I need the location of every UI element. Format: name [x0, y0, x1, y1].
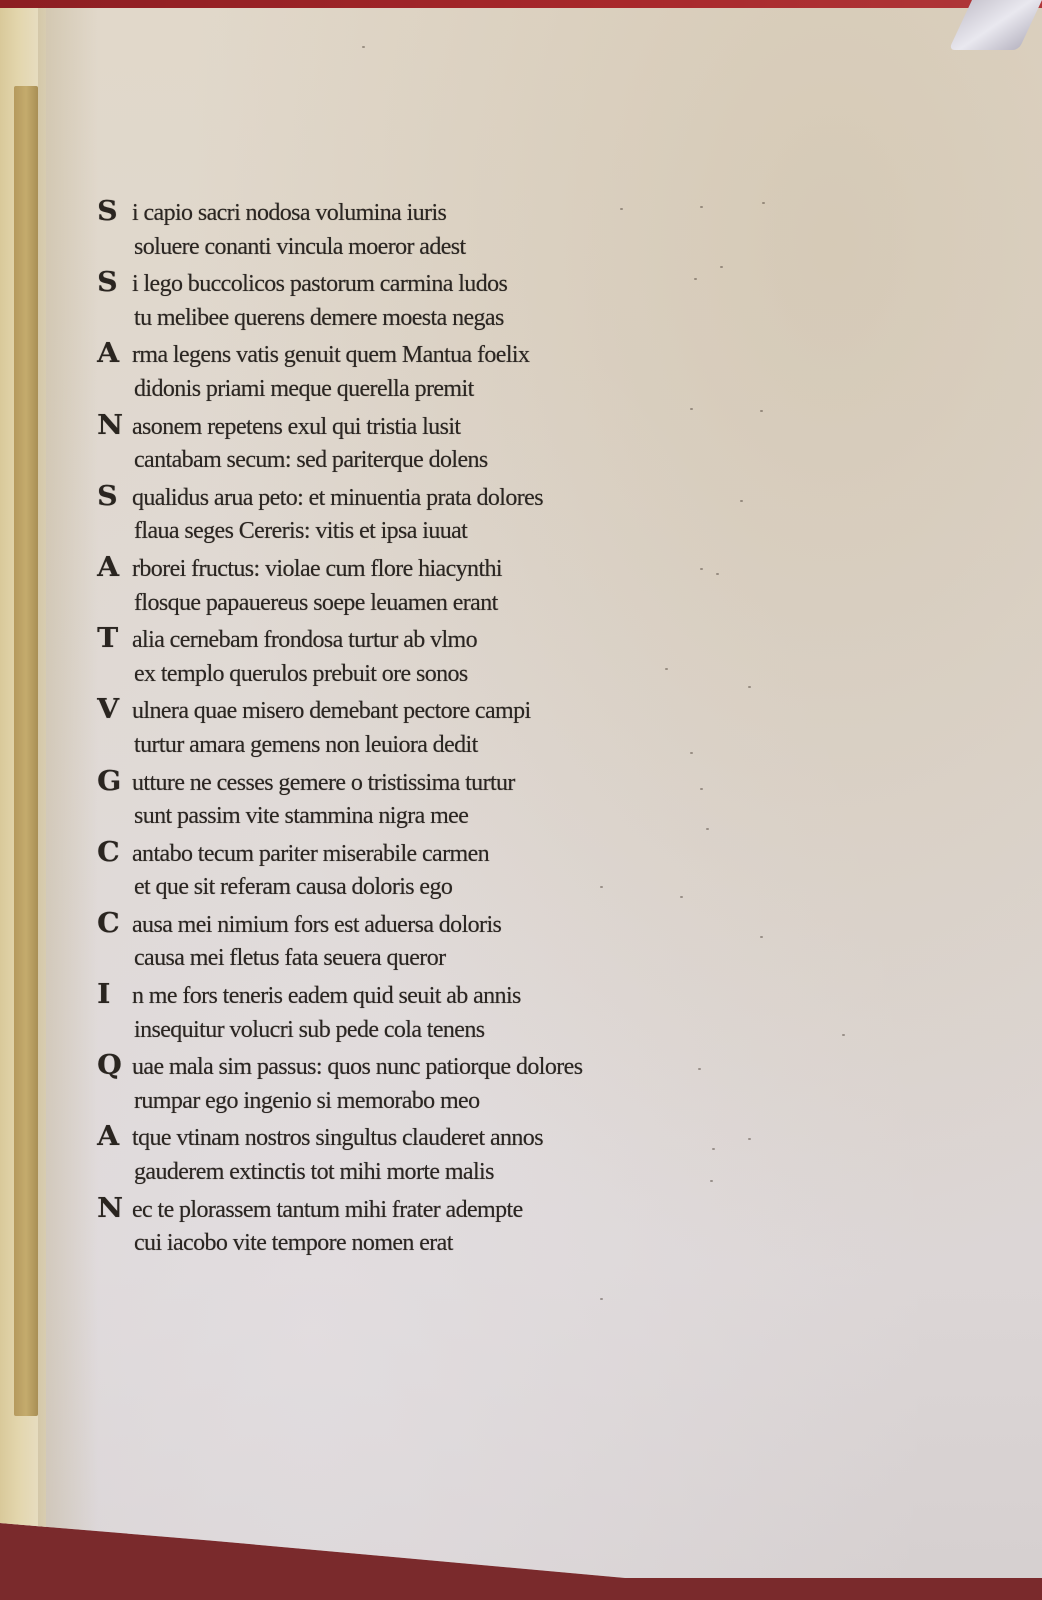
initial-letter: I: [97, 977, 133, 1013]
verse-text: antabo tecum pariter miserabile carmen: [132, 841, 489, 867]
verse-line: et que sit referam causa doloris ego: [98, 870, 738, 906]
verse-text: causa mei fletus fata seuera queror: [134, 945, 446, 971]
verse-line: sunt passim vite stammina nigra mee: [98, 799, 738, 835]
verse-text: rumpar ego ingenio si memorabo meo: [134, 1088, 480, 1114]
verse-text: tque vtinam nostros singultus clauderet …: [132, 1125, 543, 1151]
verse-line: causa mei fletus fata seuera queror: [98, 941, 738, 977]
verse-text: flosque papauereus soepe leuamen erant: [134, 590, 498, 616]
verse-text: insequitur volucri sub pede cola tenens: [134, 1017, 485, 1043]
initial-letter: N: [97, 1191, 133, 1227]
photo-scene: Si capio sacri nodosa volumina iurissolu…: [0, 0, 1042, 1600]
verse-text: et que sit referam causa doloris ego: [134, 874, 452, 900]
initial-letter: C: [97, 906, 133, 942]
verse-line: gauderem extinctis tot mihi morte malis: [98, 1155, 738, 1191]
verse-line: flosque papauereus soepe leuamen erant: [98, 586, 738, 622]
verse-line: Talia cernebam frondosa turtur ab vlmo: [98, 621, 738, 657]
verse-text: utture ne cesses gemere o tristissima tu…: [132, 770, 515, 796]
initial-letter: A: [97, 1119, 133, 1155]
initial-letter: Q: [97, 1048, 133, 1084]
verse-line: soluere conanti vincula moeror adest: [98, 230, 738, 266]
verse-line: Arma legens vatis genuit quem Mantua foe…: [98, 336, 738, 372]
verse-line: Gutture ne cesses gemere o tristissima t…: [98, 764, 738, 800]
verse-text: rma legens vatis genuit quem Mantua foel…: [132, 342, 529, 368]
verse-line: Arborei fructus: violae cum flore hiacyn…: [98, 550, 738, 586]
verse-text: uae mala sim passus: quos nunc patiorque…: [132, 1054, 582, 1080]
initial-letter: G: [97, 764, 133, 800]
verse-text: ex templo querulos prebuit ore sonos: [134, 661, 468, 687]
verse-line: didonis priami meque querella premit: [98, 372, 738, 408]
verse-line: turtur amara gemens non leuiora dedit: [98, 728, 738, 764]
verse-text: rborei fructus: violae cum flore hiacynt…: [132, 556, 502, 582]
verse-line: Causa mei nimium fors est aduersa dolori…: [98, 906, 738, 942]
verse-line: Squalidus arua peto: et minuentia prata …: [98, 479, 738, 515]
initial-letter: A: [97, 550, 133, 586]
verse-line: tu melibee querens demere moesta negas: [98, 301, 738, 337]
book-page: Si capio sacri nodosa volumina iurissolu…: [0, 8, 1042, 1578]
verse-text: gauderem extinctis tot mihi morte malis: [134, 1159, 494, 1185]
verse-text: ulnera quae misero demebant pectore camp…: [132, 698, 531, 724]
verse-line: Atque vtinam nostros singultus clauderet…: [98, 1119, 738, 1155]
gutter-shadow: [38, 8, 98, 1578]
verse-line: Si lego buccolicos pastorum carmina ludo…: [98, 265, 738, 301]
verse-line: In me fors teneris eadem quid seuit ab a…: [98, 977, 738, 1013]
verse-line: cui iacobo vite tempore nomen erat: [98, 1226, 738, 1262]
initial-letter: T: [97, 621, 133, 657]
verse-line: Si capio sacri nodosa volumina iuris: [98, 194, 738, 230]
poem-text-block: Si capio sacri nodosa volumina iurissolu…: [98, 194, 738, 1262]
verse-line: insequitur volucri sub pede cola tenens: [98, 1013, 738, 1049]
verse-line: cantabam secum: sed pariterque dolens: [98, 443, 738, 479]
verse-text: turtur amara gemens non leuiora dedit: [134, 732, 478, 758]
verse-text: didonis priami meque querella premit: [134, 376, 474, 402]
initial-letter: S: [97, 265, 133, 301]
verse-text: flaua seges Cereris: vitis et ipsa iuuat: [134, 518, 467, 544]
verse-line: Cantabo tecum pariter miserabile carmen: [98, 835, 738, 871]
verse-line: ex templo querulos prebuit ore sonos: [98, 657, 738, 693]
verse-text: sunt passim vite stammina nigra mee: [134, 803, 468, 829]
verse-text: ec te plorassem tantum mihi frater ademp…: [132, 1197, 523, 1223]
verse-text: i lego buccolicos pastorum carmina ludos: [132, 271, 507, 297]
verse-line: Quae mala sim passus: quos nunc patiorqu…: [98, 1048, 738, 1084]
initial-letter: V: [97, 692, 133, 728]
verse-text: asonem repetens exul qui tristia lusit: [132, 414, 460, 440]
binding-strip: [14, 86, 38, 1416]
verse-text: i capio sacri nodosa volumina iuris: [132, 200, 446, 226]
initial-letter: S: [97, 479, 133, 515]
verse-line: Vulnera quae misero demebant pectore cam…: [98, 692, 738, 728]
initial-letter: C: [97, 835, 133, 871]
verse-text: alia cernebam frondosa turtur ab vlmo: [132, 627, 477, 653]
verse-line: Nec te plorassem tantum mihi frater adem…: [98, 1191, 738, 1227]
initial-letter: N: [97, 408, 133, 444]
verse-text: soluere conanti vincula moeror adest: [134, 234, 466, 260]
verse-text: ausa mei nimium fors est aduersa doloris: [132, 912, 501, 938]
verse-text: cantabam secum: sed pariterque dolens: [134, 447, 488, 473]
verse-line: rumpar ego ingenio si memorabo meo: [98, 1084, 738, 1120]
verse-text: n me fors teneris eadem quid seuit ab an…: [132, 983, 521, 1009]
initial-letter: S: [97, 194, 133, 230]
verse-line: flaua seges Cereris: vitis et ipsa iuuat: [98, 514, 738, 550]
verse-text: qualidus arua peto: et minuentia prata d…: [132, 485, 543, 511]
initial-letter: A: [97, 336, 133, 372]
verse-text: cui iacobo vite tempore nomen erat: [134, 1230, 453, 1256]
verse-line: Nasonem repetens exul qui tristia lusit: [98, 408, 738, 444]
verse-text: tu melibee querens demere moesta negas: [134, 305, 504, 331]
